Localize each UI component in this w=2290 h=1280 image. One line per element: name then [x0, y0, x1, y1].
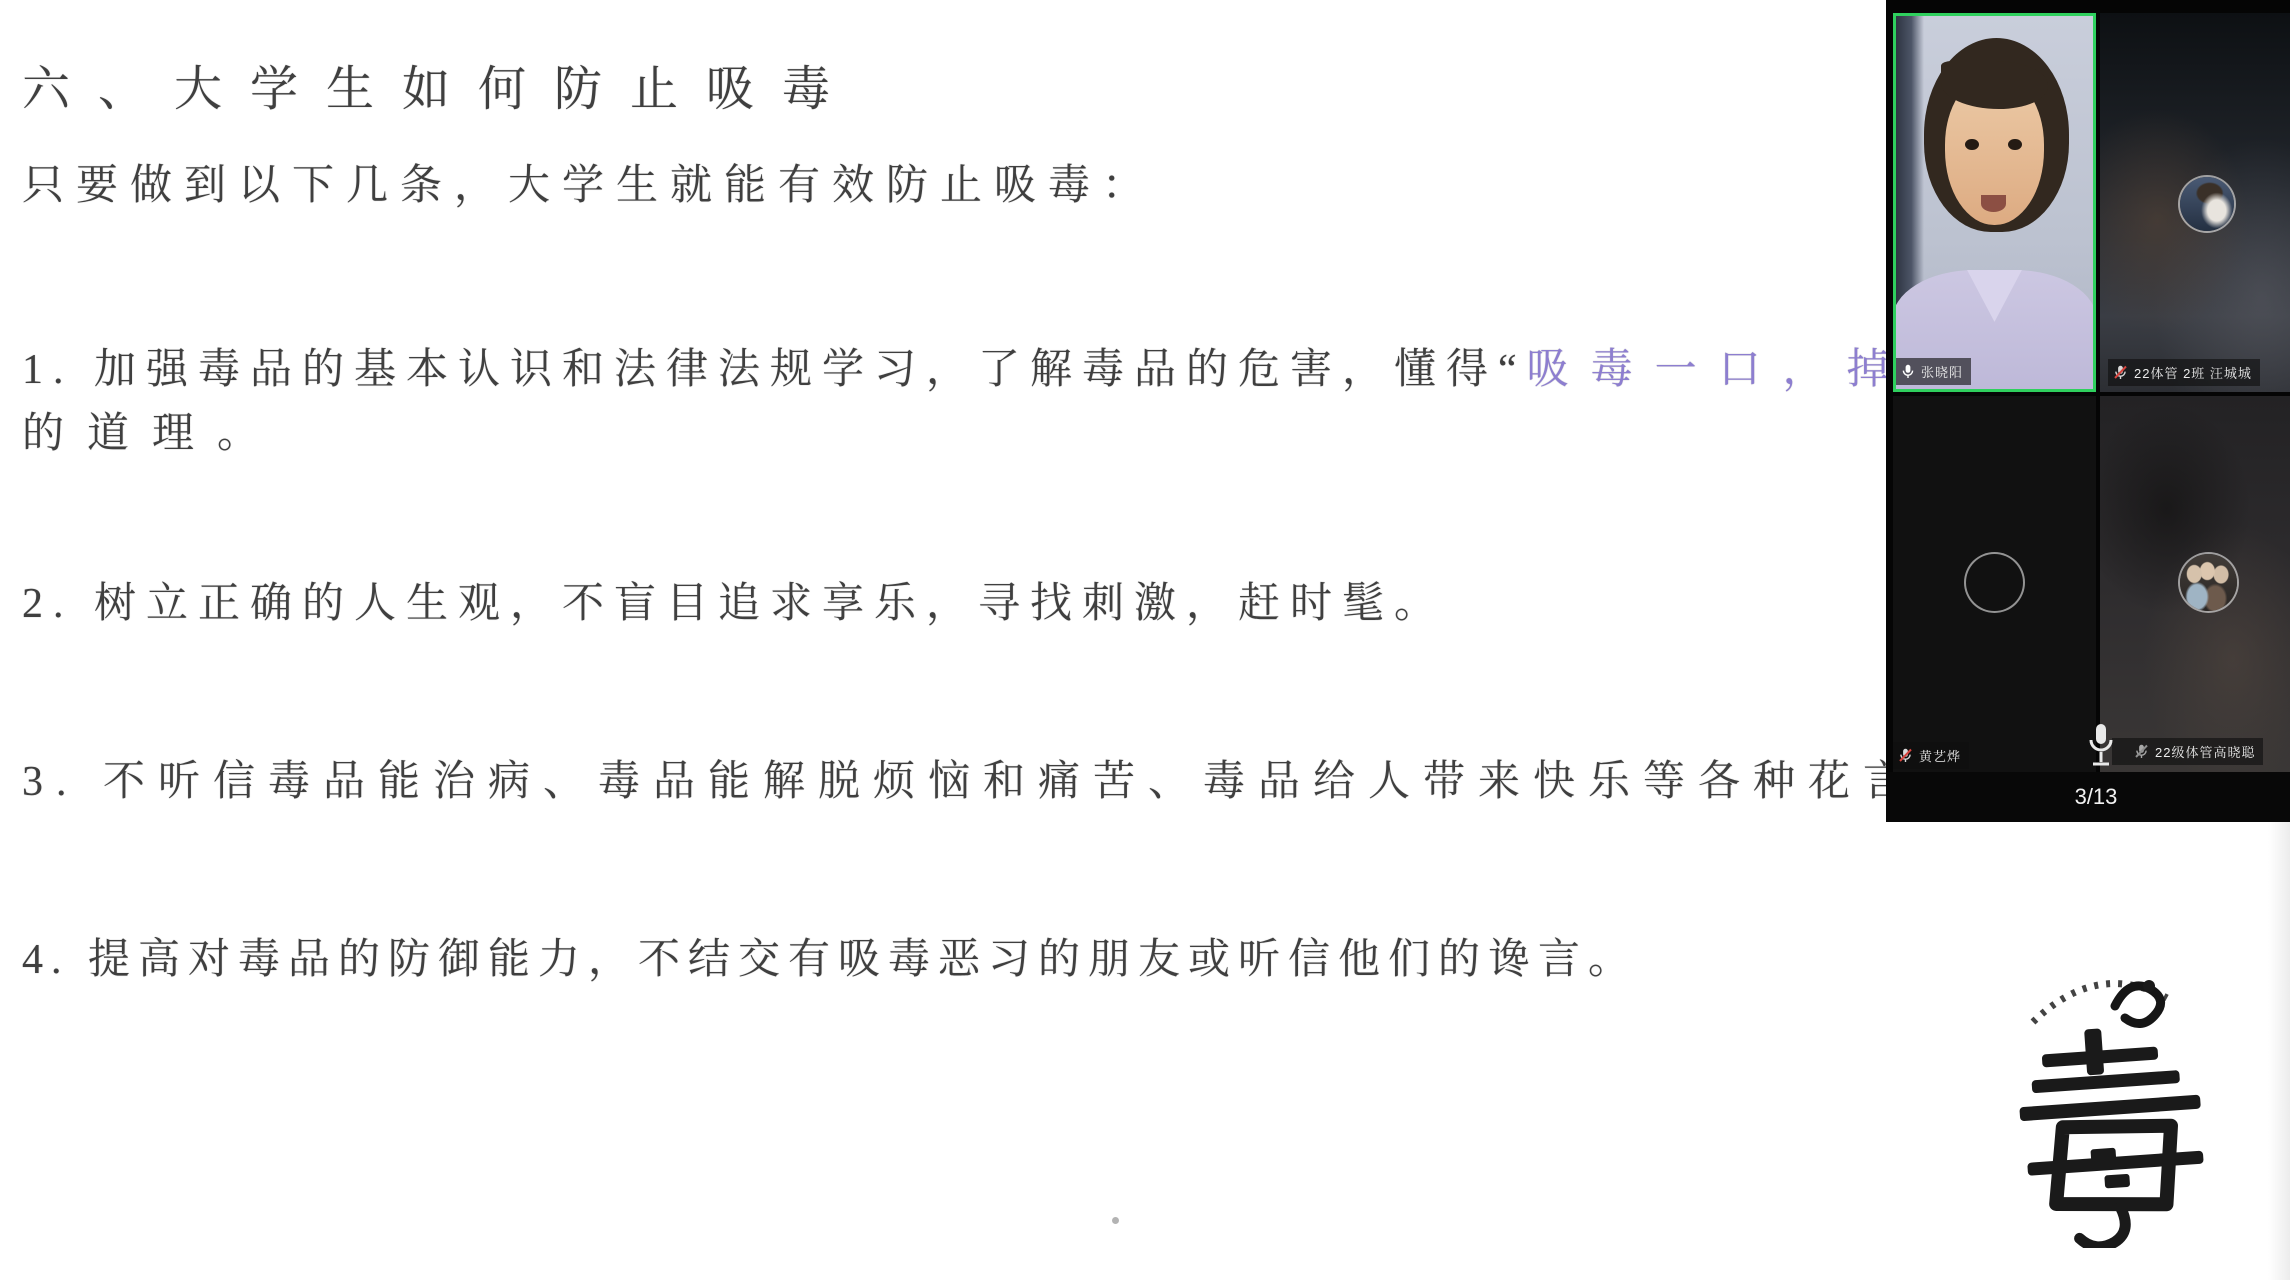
participant-video-feed — [1896, 16, 2093, 389]
large-mic-icon — [2089, 722, 2113, 770]
participant-pager-bar: 3/13 — [1886, 772, 2290, 822]
doc-title: 六、大学生如何防止吸毒 — [22, 62, 858, 117]
participant-avatar — [2180, 554, 2237, 611]
doc-subtitle: 只要做到以下几条，大学生就能有效防止吸毒： — [22, 162, 1156, 210]
video-tile-gaoxiaocong[interactable]: 22级体管高晓聪 — [2100, 396, 2290, 772]
doc-paragraph-1: 1. 加强毒品的基本认识和法律法规学习，了解毒品的危害，懂得“吸毒一口，掉 — [22, 346, 1911, 394]
participant-name: 22级体管高晓聪 — [2155, 742, 2255, 761]
paragraph-1-highlight: 吸毒一口，掉 — [1527, 347, 1911, 393]
participant-name-label: 22级体管高晓聪 — [2112, 738, 2263, 765]
video-tile-huangyiye[interactable]: 黄艺烨 — [1893, 396, 2096, 772]
mic-muted-icon — [1898, 748, 1913, 763]
doc-paragraph-1-continued: 的道理。 — [22, 410, 282, 458]
video-participant-panel: 张晓阳 22体管 2班 汪城城 黄艺烨 — [1886, 0, 2290, 822]
doc-paragraph-4: 4. 提高对毒品的防御能力，不结交有吸毒恶习的朋友或听信他们的谗言。 — [22, 936, 1638, 984]
poison-character-icon — [1995, 948, 2230, 1248]
participant-name: 黄艺烨 — [1919, 746, 1961, 765]
mic-on-icon — [1901, 364, 1915, 379]
participant-name: 22体管 2班 汪城城 — [2134, 363, 2252, 382]
participant-name-label: 22体管 2班 汪城城 — [2108, 359, 2260, 386]
video-tile-zhangxiaoyang[interactable]: 张晓阳 — [1893, 13, 2096, 392]
participant-avatar — [1966, 554, 2023, 611]
doc-paragraph-3: 3. 不听信毒品能治病、毒品能解脱烦恼和痛苦、毒品给人带来快乐等各种花言巧 — [22, 758, 1973, 806]
scan-speck — [1112, 1217, 1119, 1224]
participant-avatar — [2180, 177, 2234, 231]
pager-indicator: 3/13 — [2075, 784, 2118, 810]
page-edge-shadow — [2268, 822, 2290, 1280]
mic-muted-icon — [2134, 744, 2149, 759]
participant-name-label: 张晓阳 — [1896, 358, 1971, 385]
anti-drug-stamp-logo — [1995, 948, 2230, 1248]
video-tile-wangchengcheng[interactable]: 22体管 2班 汪城城 — [2100, 13, 2290, 392]
mic-muted-icon — [2113, 365, 2128, 380]
participant-name-label: 黄艺烨 — [1893, 742, 1969, 769]
doc-paragraph-2: 2. 树立正确的人生观，不盲目追求享乐，寻找刺激，赶时髦。 — [22, 580, 1446, 628]
participant-name: 张晓阳 — [1921, 362, 1963, 381]
paragraph-1-text: 1. 加强毒品的基本认识和法律法规学习，了解毒品的危害，懂得“ — [22, 347, 1527, 393]
